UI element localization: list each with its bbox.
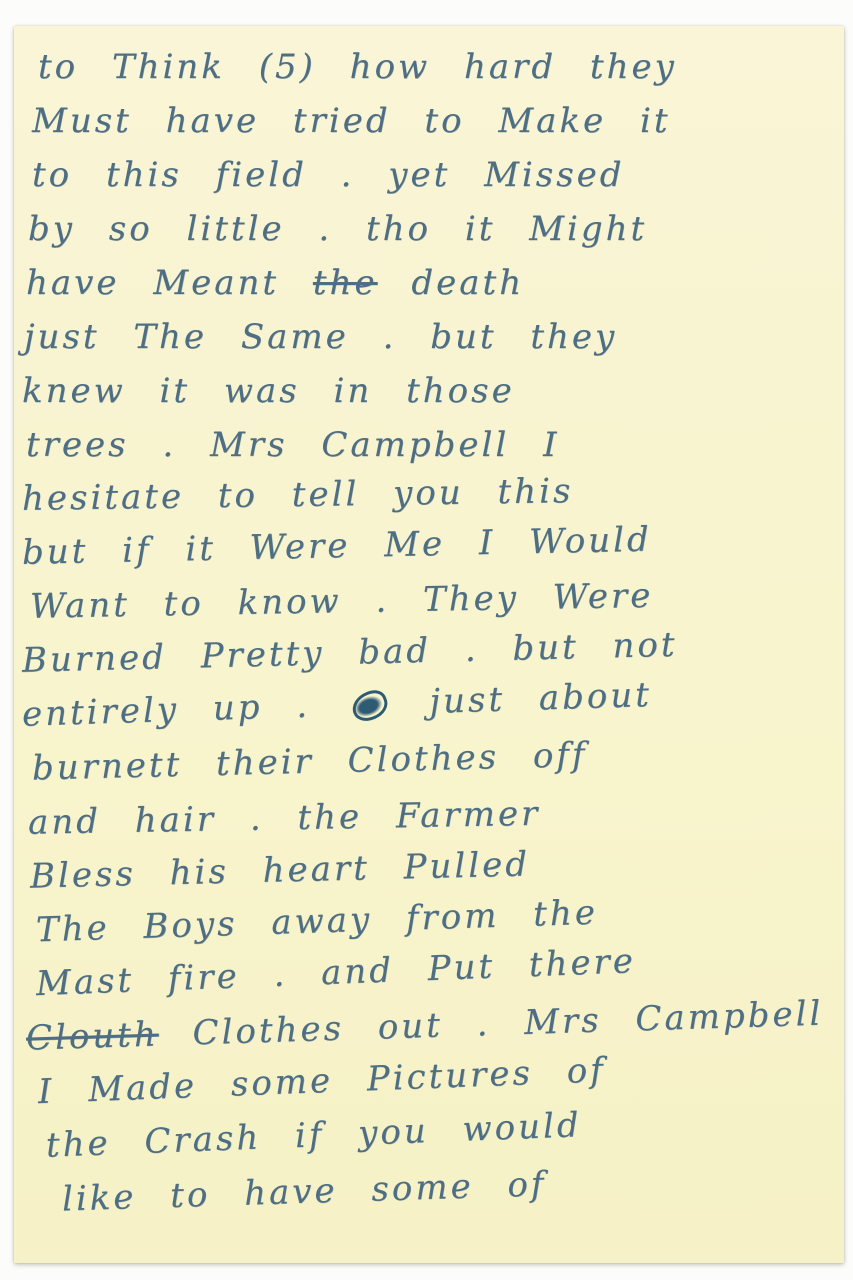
handwriting-text: Must have tried to Make it — [32, 101, 671, 141]
handwriting-text: hesitate to tell you this — [22, 471, 574, 519]
handwriting-line: by so little . tho it Might — [14, 202, 844, 256]
handwriting-text: and hair . the Farmer — [28, 794, 541, 843]
handwriting-text: to this field . yet Missed — [32, 155, 625, 195]
handwriting-text: entirely up . — [21, 685, 344, 735]
handwriting-text: but if it Were Me I Would — [22, 520, 653, 573]
handwriting-line: Must have tried to Make it — [14, 94, 844, 148]
letter-page: to Think (5) how hard theyMust have trie… — [14, 26, 844, 1263]
handwriting-text: Want to know . They Were — [30, 576, 654, 627]
handwriting-text: death — [378, 263, 525, 303]
handwriting-text: knew it was in those — [22, 371, 515, 411]
handwriting-text: trees . Mrs Campbell I — [26, 425, 560, 465]
handwriting-text: burnett their Clothes off — [32, 735, 588, 789]
handwriting-line: just The Same . but they — [14, 310, 844, 364]
handwriting-line: knew it was in those — [14, 364, 844, 418]
struck-word: the — [313, 263, 378, 303]
handwriting-text: have Meant — [26, 263, 313, 303]
ink-scribble — [348, 686, 392, 725]
handwriting-text: by so little . tho it Might — [28, 209, 647, 249]
handwriting-line: to this field . yet Missed — [14, 148, 844, 202]
struck-word: Clouth — [25, 1014, 159, 1058]
handwriting-text: Bless his heart Pulled — [30, 844, 531, 896]
handwriting-text: just about — [395, 675, 652, 723]
letter-body: to Think (5) how hard theyMust have trie… — [14, 26, 844, 1263]
handwriting-text: to Think (5) how hard they — [38, 47, 677, 87]
handwriting-text: just The Same . but they — [24, 317, 617, 357]
handwriting-text: like to have some of — [61, 1164, 547, 1219]
handwriting-line: have Meant the death — [14, 256, 844, 310]
handwriting-line: to Think (5) how hard they — [14, 40, 844, 94]
